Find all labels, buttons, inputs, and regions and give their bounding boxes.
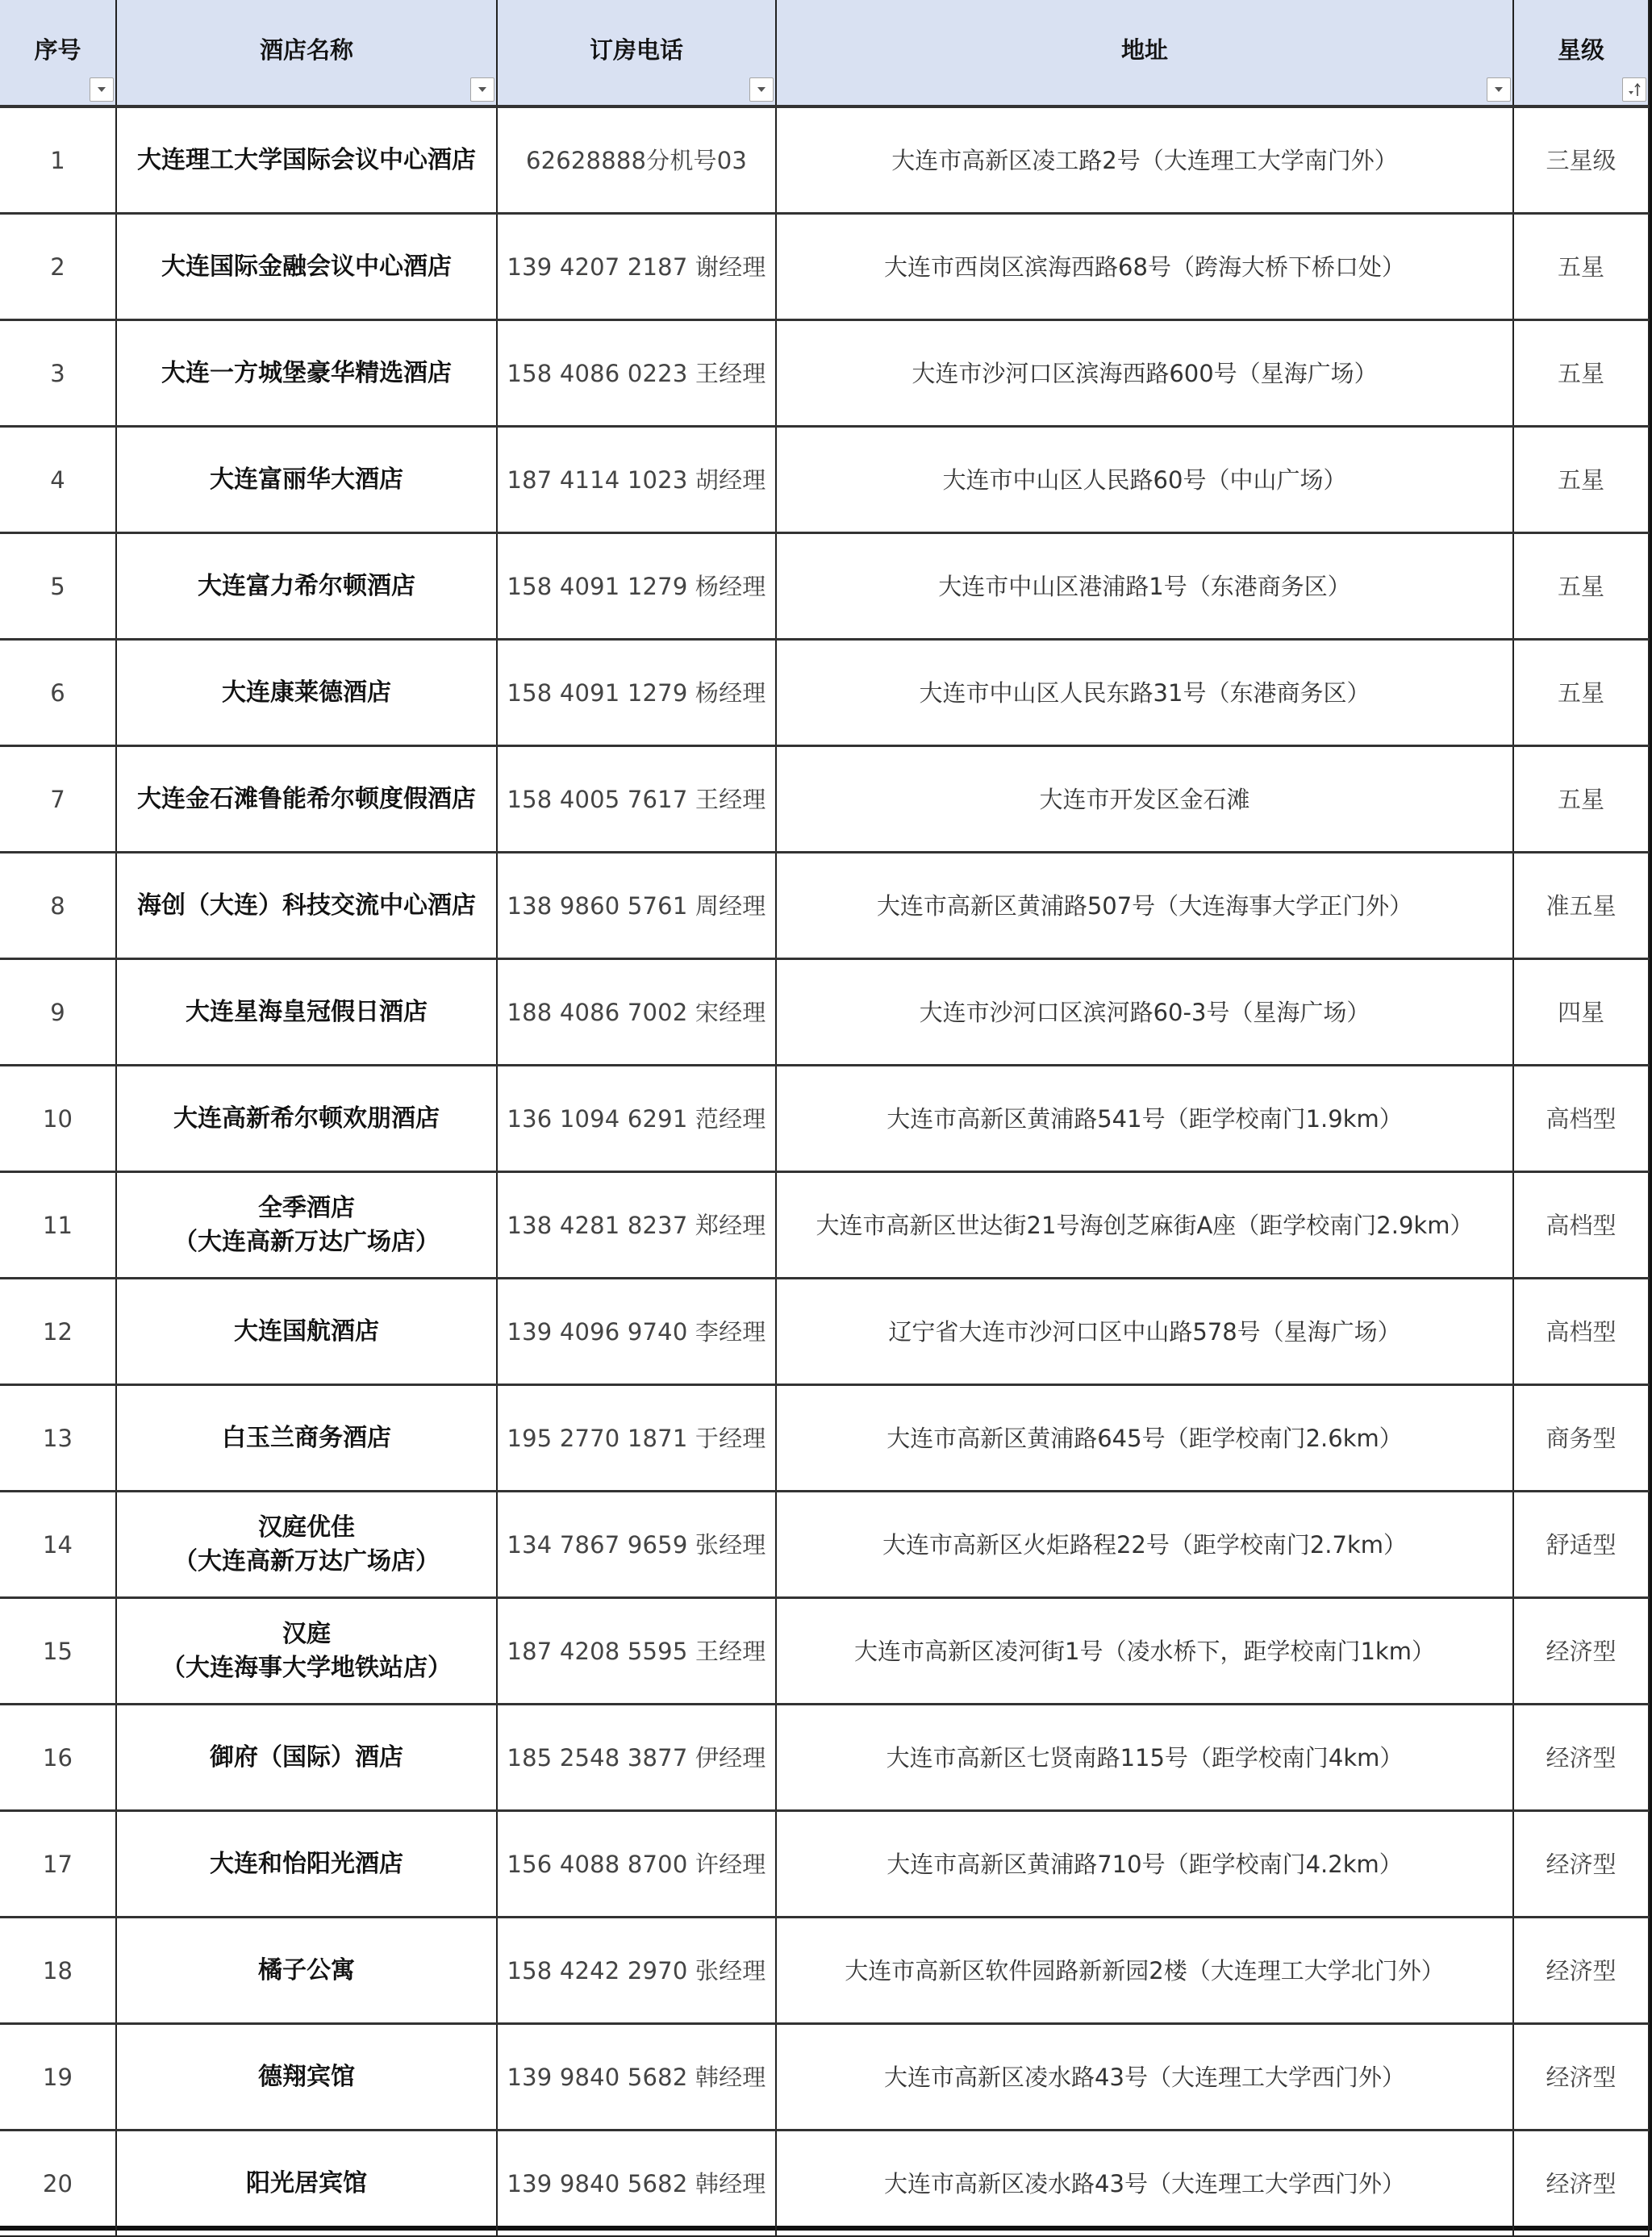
hotel-name-line: 阳光居宾馆 (122, 2167, 491, 2201)
cell-address[interactable]: 辽宁省大连市沙河口区中山路578号（星海广场） (776, 1279, 1513, 1385)
cell-no[interactable]: 12 (0, 1279, 116, 1385)
header-label: 星级 (1514, 32, 1648, 65)
cell-no[interactable]: 19 (0, 2024, 116, 2131)
table-row: 8 海创（大连）科技交流中心酒店 138 9860 5761 周经理 大连市高新… (0, 853, 1649, 959)
cell-hotel-name[interactable]: 全季酒店（大连高新万达广场店） (116, 1172, 497, 1279)
cell-phone[interactable]: 62628888分机号03 (497, 106, 776, 214)
cell-no[interactable]: 14 (0, 1492, 116, 1598)
cell-no[interactable]: 7 (0, 746, 116, 853)
cell-star[interactable]: 高档型 (1513, 1279, 1649, 1385)
cell-hotel-name[interactable]: 大连高新希尔顿欢朋酒店 (116, 1066, 497, 1172)
cell-hotel-name[interactable]: 大连理工大学国际会议中心酒店 (116, 106, 497, 214)
cell-no[interactable]: 13 (0, 1385, 116, 1492)
table-row: 11 全季酒店（大连高新万达广场店） 138 4281 8237 郑经理 大连市… (0, 1172, 1649, 1279)
cell-star[interactable]: 经济型 (1513, 2024, 1649, 2131)
cell-hotel-name[interactable]: 阳光居宾馆 (116, 2131, 497, 2230)
table-row: 17 大连和怡阳光酒店 156 4088 8700 许经理 大连市高新区黄浦路7… (0, 1811, 1649, 1918)
booking-phone: 195 2770 1871 于经理 (507, 1425, 766, 1452)
hotel-address: 大连市高新区凌水路43号（大连理工大学西门外） (884, 2170, 1405, 2197)
triangle-down-icon (1494, 86, 1504, 93)
cell-phone[interactable]: 158 4091 1279 杨经理 (497, 533, 776, 640)
triangle-down-icon (478, 86, 487, 93)
hotel-address: 大连市高新区凌河街1号（凌水桥下，距学校南门1km） (854, 1638, 1435, 1665)
cell-star[interactable]: 五星 (1513, 214, 1649, 320)
row-number: 3 (50, 360, 65, 387)
hotel-name: 橘子公寓 (122, 1954, 491, 1988)
hotel-address: 大连市高新区世达街21号海创芝麻街A座（距学校南门2.9km） (816, 1212, 1474, 1239)
cell-address[interactable]: 大连市高新区黄浦路541号（距学校南门1.9km） (776, 1066, 1513, 1172)
cell-hotel-name[interactable]: 德翔宾馆 (116, 2024, 497, 2131)
header-label: 订房电话 (498, 32, 775, 65)
star-level: 经济型 (1546, 2170, 1616, 2197)
star-level: 舒适型 (1546, 1531, 1616, 1559)
row-number: 13 (43, 1425, 73, 1452)
booking-phone: 139 4207 2187 谢经理 (507, 253, 766, 281)
hotel-name-line: 大连康莱德酒店 (122, 676, 491, 710)
hotel-name: 海创（大连）科技交流中心酒店 (122, 889, 491, 923)
cell-star[interactable]: 三星级 (1513, 106, 1649, 214)
cell-address[interactable]: 大连市中山区人民东路31号（东港商务区） (776, 640, 1513, 746)
hotel-address: 大连市高新区黄浦路541号（距学校南门1.9km） (886, 1105, 1403, 1133)
star-level: 五星 (1558, 679, 1604, 707)
row-number: 7 (50, 786, 65, 813)
cell-address[interactable]: 大连市高新区七贤南路115号（距学校南门4km） (776, 1705, 1513, 1811)
cell-star[interactable]: 经济型 (1513, 1598, 1649, 1705)
cell-no[interactable]: 2 (0, 214, 116, 320)
star-level: 五星 (1558, 573, 1604, 600)
hotel-name: 全季酒店（大连高新万达广场店） (122, 1192, 491, 1259)
row-number: 12 (43, 1318, 73, 1346)
hotel-name: 大连国际金融会议中心酒店 (122, 250, 491, 284)
hotel-name: 大连高新希尔顿欢朋酒店 (122, 1102, 491, 1136)
row-number: 4 (50, 466, 65, 494)
cell-no[interactable]: 1 (0, 106, 116, 214)
hotel-name-line: 大连国际金融会议中心酒店 (122, 250, 491, 284)
cell-hotel-name[interactable]: 大连金石滩鲁能希尔顿度假酒店 (116, 746, 497, 853)
hotel-name: 白玉兰商务酒店 (122, 1421, 491, 1455)
cell-hotel-name[interactable]: 大连国际金融会议中心酒店 (116, 214, 497, 320)
booking-phone: 62628888分机号03 (526, 147, 747, 174)
cell-hotel-name[interactable]: 汉庭优佳（大连高新万达广场店） (116, 1492, 497, 1598)
cell-hotel-name[interactable]: 海创（大连）科技交流中心酒店 (116, 853, 497, 959)
triangle-down-icon (757, 86, 766, 93)
row-number: 1 (50, 147, 65, 174)
table-row: 14 汉庭优佳（大连高新万达广场店） 134 7867 9659 张经理 大连市… (0, 1492, 1649, 1598)
cell-phone[interactable]: 187 4114 1023 胡经理 (497, 427, 776, 533)
cell-hotel-name[interactable]: 大连国航酒店 (116, 1279, 497, 1385)
row-number: 2 (50, 253, 65, 281)
cell-no[interactable]: 20 (0, 2131, 116, 2230)
star-level: 五星 (1558, 466, 1604, 494)
hotel-address: 大连市高新区软件园路新新园2楼（大连理工大学北门外） (845, 1957, 1444, 1985)
row-number: 17 (43, 1851, 73, 1878)
hotel-name-line: 大连和怡阳光酒店 (122, 1847, 491, 1881)
hotel-address: 大连市高新区凌水路43号（大连理工大学西门外） (884, 2064, 1405, 2091)
hotel-name: 大连理工大学国际会议中心酒店 (122, 144, 491, 177)
star-level: 高档型 (1546, 1105, 1616, 1133)
filter-dropdown-button[interactable] (470, 77, 494, 102)
hotel-address: 大连市中山区港浦路1号（东港商务区） (938, 573, 1350, 600)
booking-phone: 158 4086 0223 王经理 (507, 360, 766, 387)
hotel-name-line: 橘子公寓 (122, 1954, 491, 1988)
cell-hotel-name[interactable]: 大连富丽华大酒店 (116, 427, 497, 533)
row-number: 8 (50, 892, 65, 920)
cell-star[interactable]: 高档型 (1513, 1066, 1649, 1172)
cell-star[interactable]: 五星 (1513, 320, 1649, 427)
header-label: 序号 (0, 32, 115, 65)
cell-no[interactable]: 3 (0, 320, 116, 427)
booking-phone: 158 4005 7617 王经理 (507, 786, 766, 813)
cell-address[interactable]: 大连市沙河口区滨海西路600号（星海广场） (776, 320, 1513, 427)
cell-star[interactable]: 经济型 (1513, 2131, 1649, 2230)
cell-phone[interactable]: 139 4207 2187 谢经理 (497, 214, 776, 320)
hotel-name-line: 白玉兰商务酒店 (122, 1421, 491, 1455)
header-no: 序号 (0, 0, 116, 106)
hotel-address: 辽宁省大连市沙河口区中山路578号（星海广场） (888, 1318, 1400, 1346)
booking-phone: 158 4242 2970 张经理 (507, 1957, 766, 1985)
header-phone: 订房电话 (497, 0, 776, 106)
cell-address[interactable]: 大连市高新区凌工路2号（大连理工大学南门外） (776, 106, 1513, 214)
hotel-name-line: 汉庭 (122, 1617, 491, 1651)
hotel-address: 大连市高新区黄浦路507号（大连海事大学正门外） (877, 892, 1412, 920)
hotel-name-line: （大连高新万达广场店） (122, 1545, 491, 1579)
booking-phone: 138 4281 8237 郑经理 (507, 1212, 766, 1239)
cell-address[interactable]: 大连市高新区凌河街1号（凌水桥下，距学校南门1km） (776, 1598, 1513, 1705)
cell-hotel-name[interactable]: 橘子公寓 (116, 1918, 497, 2024)
hotel-address: 大连市中山区人民东路31号（东港商务区） (920, 679, 1370, 707)
cell-address[interactable]: 大连市高新区世达街21号海创芝麻街A座（距学校南门2.9km） (776, 1172, 1513, 1279)
row-number: 9 (50, 999, 65, 1026)
booking-phone: 136 1094 6291 范经理 (507, 1105, 766, 1133)
star-level: 经济型 (1546, 1638, 1616, 1665)
table-row: 16 御府（国际）酒店 185 2548 3877 伊经理 大连市高新区七贤南路… (0, 1705, 1649, 1811)
cell-address[interactable]: 大连市西岗区滨海西路68号（跨海大桥下桥口处） (776, 214, 1513, 320)
row-number: 18 (43, 1957, 73, 1985)
cell-phone[interactable]: 156 4088 8700 许经理 (497, 1811, 776, 1918)
cell-star[interactable]: 五星 (1513, 746, 1649, 853)
hotel-address: 大连市高新区黄浦路645号（距学校南门2.6km） (886, 1425, 1403, 1452)
hotel-name: 大连一方城堡豪华精选酒店 (122, 357, 491, 390)
header-address: 地址 (776, 0, 1513, 106)
hotel-name-line: 御府（国际）酒店 (122, 1741, 491, 1775)
table-row: 2 大连国际金融会议中心酒店 139 4207 2187 谢经理 大连市西岗区滨… (0, 214, 1649, 320)
hotel-name-line: 大连星海皇冠假日酒店 (122, 995, 491, 1029)
cell-star[interactable]: 经济型 (1513, 1705, 1649, 1811)
booking-phone: 134 7867 9659 张经理 (507, 1531, 766, 1559)
booking-phone: 185 2548 3877 伊经理 (507, 1744, 766, 1772)
sort-filter-button[interactable] (1622, 77, 1646, 102)
booking-phone: 139 9840 5682 韩经理 (507, 2064, 766, 2091)
cell-phone[interactable]: 134 7867 9659 张经理 (497, 1492, 776, 1598)
row-number: 19 (43, 2064, 73, 2091)
hotel-name: 汉庭（大连海事大学地铁站店） (122, 1617, 491, 1685)
cell-phone[interactable]: 195 2770 1871 于经理 (497, 1385, 776, 1492)
cell-phone[interactable]: 158 4242 2970 张经理 (497, 1918, 776, 2024)
booking-phone: 187 4114 1023 胡经理 (507, 466, 766, 494)
table-row: 12 大连国航酒店 139 4096 9740 李经理 辽宁省大连市沙河口区中山… (0, 1279, 1649, 1385)
hotel-name: 大连富力希尔顿酒店 (122, 570, 491, 603)
star-level: 经济型 (1546, 1744, 1616, 1772)
cell-hotel-name[interactable]: 大连星海皇冠假日酒店 (116, 959, 497, 1066)
triangle-down-icon (97, 86, 106, 93)
cell-star[interactable]: 经济型 (1513, 1918, 1649, 2024)
cell-star[interactable]: 商务型 (1513, 1385, 1649, 1492)
hotel-name-line: 大连理工大学国际会议中心酒店 (122, 144, 491, 177)
cell-phone[interactable]: 138 4281 8237 郑经理 (497, 1172, 776, 1279)
booking-phone: 156 4088 8700 许经理 (507, 1851, 766, 1878)
cell-no[interactable]: 10 (0, 1066, 116, 1172)
cell-no[interactable]: 8 (0, 853, 116, 959)
booking-phone: 188 4086 7002 宋经理 (507, 999, 766, 1026)
cell-phone[interactable]: 139 9840 5682 韩经理 (497, 2131, 776, 2230)
cell-star[interactable]: 五星 (1513, 533, 1649, 640)
hotel-address: 大连市西岗区滨海西路68号（跨海大桥下桥口处） (884, 253, 1405, 281)
row-number: 10 (43, 1105, 73, 1133)
hotel-name-line: 全季酒店 (122, 1192, 491, 1225)
cell-hotel-name[interactable]: 大连康莱德酒店 (116, 640, 497, 746)
row-number: 16 (43, 1744, 73, 1772)
cell-no[interactable]: 18 (0, 1918, 116, 2024)
booking-phone: 158 4091 1279 杨经理 (507, 679, 766, 707)
header-label: 酒店名称 (117, 32, 496, 65)
header-star: 星级 (1513, 0, 1649, 106)
cell-address[interactable]: 大连市高新区火炬路程22号（距学校南门2.7km） (776, 1492, 1513, 1598)
cell-phone[interactable]: 139 4096 9740 李经理 (497, 1279, 776, 1385)
cell-no[interactable]: 9 (0, 959, 116, 1066)
cell-phone[interactable]: 139 9840 5682 韩经理 (497, 2024, 776, 2131)
cell-address[interactable]: 大连市中山区人民路60号（中山广场） (776, 427, 1513, 533)
row-number: 6 (50, 679, 65, 707)
hotel-name-line: 海创（大连）科技交流中心酒店 (122, 889, 491, 923)
booking-phone: 187 4208 5595 王经理 (507, 1638, 766, 1665)
booking-phone: 139 9840 5682 韩经理 (507, 2170, 766, 2197)
table-row: 3 大连一方城堡豪华精选酒店 158 4086 0223 王经理 大连市沙河口区… (0, 320, 1649, 427)
hotel-name: 德翔宾馆 (122, 2060, 491, 2094)
cell-hotel-name[interactable]: 大连富力希尔顿酒店 (116, 533, 497, 640)
cell-hotel-name[interactable]: 白玉兰商务酒店 (116, 1385, 497, 1492)
cell-no[interactable]: 11 (0, 1172, 116, 1279)
row-number: 14 (43, 1531, 73, 1559)
hotel-name: 御府（国际）酒店 (122, 1741, 491, 1775)
sort-ascending-icon (1627, 81, 1642, 98)
booking-phone: 138 9860 5761 周经理 (507, 892, 766, 920)
table-row: 1 大连理工大学国际会议中心酒店 62628888分机号03 大连市高新区凌工路… (0, 106, 1649, 214)
star-level: 高档型 (1546, 1212, 1616, 1239)
cell-phone[interactable]: 136 1094 6291 范经理 (497, 1066, 776, 1172)
row-number: 11 (43, 1212, 73, 1239)
hotel-name: 汉庭优佳（大连高新万达广场店） (122, 1511, 491, 1579)
table-row: 7 大连金石滩鲁能希尔顿度假酒店 158 4005 7617 王经理 大连市开发… (0, 746, 1649, 853)
cell-hotel-name[interactable]: 大连一方城堡豪华精选酒店 (116, 320, 497, 427)
hotel-name-line: 德翔宾馆 (122, 2060, 491, 2094)
row-number: 20 (43, 2170, 73, 2197)
cell-star[interactable]: 高档型 (1513, 1172, 1649, 1279)
booking-phone: 158 4091 1279 杨经理 (507, 573, 766, 600)
hotel-name-line: （大连高新万达广场店） (122, 1225, 491, 1259)
hotel-name-line: 大连一方城堡豪华精选酒店 (122, 357, 491, 390)
filter-dropdown-button[interactable] (90, 77, 114, 102)
table-row: 5 大连富力希尔顿酒店 158 4091 1279 杨经理 大连市中山区港浦路1… (0, 533, 1649, 640)
table-row: 20 阳光居宾馆 139 9840 5682 韩经理 大连市高新区凌水路43号（… (0, 2131, 1649, 2230)
table-body: 1 大连理工大学国际会议中心酒店 62628888分机号03 大连市高新区凌工路… (0, 106, 1649, 2229)
hotel-name: 大连金石滩鲁能希尔顿度假酒店 (122, 783, 491, 816)
cell-hotel-name[interactable]: 大连和怡阳光酒店 (116, 1811, 497, 1918)
hotel-name-line: 大连高新希尔顿欢朋酒店 (122, 1102, 491, 1136)
header-row: 序号 酒店名称 订房电话 (0, 0, 1649, 106)
cell-address[interactable]: 大连市高新区软件园路新新园2楼（大连理工大学北门外） (776, 1918, 1513, 2024)
table-row: 13 白玉兰商务酒店 195 2770 1871 于经理 大连市高新区黄浦路64… (0, 1385, 1649, 1492)
cell-star[interactable]: 四星 (1513, 959, 1649, 1066)
cell-star[interactable]: 五星 (1513, 640, 1649, 746)
hotel-name-line: 大连富力希尔顿酒店 (122, 570, 491, 603)
cell-no[interactable]: 17 (0, 1811, 116, 1918)
star-level: 五星 (1558, 786, 1604, 813)
star-level: 商务型 (1546, 1425, 1616, 1452)
table-row: 18 橘子公寓 158 4242 2970 张经理 大连市高新区软件园路新新园2… (0, 1918, 1649, 2024)
cell-address[interactable]: 大连市高新区黄浦路710号（距学校南门4.2km） (776, 1811, 1513, 1918)
star-level: 四星 (1558, 999, 1604, 1026)
hotel-address: 大连市沙河口区滨海西路600号（星海广场） (912, 360, 1377, 387)
star-level: 经济型 (1546, 2064, 1616, 2091)
row-number: 15 (43, 1638, 73, 1665)
star-level: 五星 (1558, 360, 1604, 387)
cell-hotel-name[interactable]: 汉庭（大连海事大学地铁站店） (116, 1598, 497, 1705)
hotel-name: 大连星海皇冠假日酒店 (122, 995, 491, 1029)
cell-star[interactable]: 准五星 (1513, 853, 1649, 959)
hotel-name-line: （大连海事大学地铁站店） (122, 1651, 491, 1685)
hotel-name: 阳光居宾馆 (122, 2167, 491, 2201)
table-row: 4 大连富丽华大酒店 187 4114 1023 胡经理 大连市中山区人民路60… (0, 427, 1649, 533)
booking-phone: 139 4096 9740 李经理 (507, 1318, 766, 1346)
cell-address[interactable]: 大连市高新区凌水路43号（大连理工大学西门外） (776, 2024, 1513, 2131)
table-row: 6 大连康莱德酒店 158 4091 1279 杨经理 大连市中山区人民东路31… (0, 640, 1649, 746)
hotel-address: 大连市沙河口区滨河路60-3号（星海广场） (920, 999, 1370, 1026)
cell-star[interactable]: 舒适型 (1513, 1492, 1649, 1598)
hotel-address: 大连市中山区人民路60号（中山广场） (943, 466, 1347, 494)
filter-dropdown-button[interactable] (749, 77, 774, 102)
hotel-name: 大连国航酒店 (122, 1315, 491, 1349)
hotel-name: 大连康莱德酒店 (122, 676, 491, 710)
hotel-name-line: 大连富丽华大酒店 (122, 463, 491, 497)
table-row: 15 汉庭（大连海事大学地铁站店） 187 4208 5595 王经理 大连市高… (0, 1598, 1649, 1705)
cell-phone[interactable]: 138 9860 5761 周经理 (497, 853, 776, 959)
cell-address[interactable]: 大连市沙河口区滨河路60-3号（星海广场） (776, 959, 1513, 1066)
cell-phone[interactable]: 187 4208 5595 王经理 (497, 1598, 776, 1705)
header-label: 地址 (777, 32, 1512, 65)
hotel-name: 大连和怡阳光酒店 (122, 1847, 491, 1881)
star-level: 经济型 (1546, 1957, 1616, 1985)
hotel-address: 大连市高新区七贤南路115号（距学校南门4km） (886, 1744, 1404, 1772)
cell-address[interactable]: 大连市高新区凌水路43号（大连理工大学西门外） (776, 2131, 1513, 2230)
cell-phone[interactable]: 158 4005 7617 王经理 (497, 746, 776, 853)
row-number: 5 (50, 573, 65, 600)
cell-address[interactable]: 大连市中山区港浦路1号（东港商务区） (776, 533, 1513, 640)
hotel-address: 大连市高新区火炬路程22号（距学校南门2.7km） (882, 1531, 1407, 1559)
cell-no[interactable]: 16 (0, 1705, 116, 1811)
hotel-address: 大连市高新区凌工路2号（大连理工大学南门外） (891, 147, 1397, 174)
cell-no[interactable]: 4 (0, 427, 116, 533)
hotel-name: 大连富丽华大酒店 (122, 463, 491, 497)
filter-dropdown-button[interactable] (1487, 77, 1511, 102)
cell-no[interactable]: 5 (0, 533, 116, 640)
table-row: 19 德翔宾馆 139 9840 5682 韩经理 大连市高新区凌水路43号（大… (0, 2024, 1649, 2131)
star-level: 三星级 (1546, 147, 1616, 174)
cell-phone[interactable]: 185 2548 3877 伊经理 (497, 1705, 776, 1811)
hotel-name-line: 大连国航酒店 (122, 1315, 491, 1349)
cell-no[interactable]: 6 (0, 640, 116, 746)
hotel-address: 大连市开发区金石滩 (1039, 786, 1249, 813)
cell-star[interactable]: 经济型 (1513, 1811, 1649, 1918)
cell-no[interactable]: 15 (0, 1598, 116, 1705)
hotel-name-line: 大连金石滩鲁能希尔顿度假酒店 (122, 783, 491, 816)
star-level: 准五星 (1546, 892, 1616, 920)
cell-address[interactable]: 大连市开发区金石滩 (776, 746, 1513, 853)
table-row: 10 大连高新希尔顿欢朋酒店 136 1094 6291 范经理 大连市高新区黄… (0, 1066, 1649, 1172)
cell-star[interactable]: 五星 (1513, 427, 1649, 533)
star-level: 高档型 (1546, 1318, 1616, 1346)
hotel-address: 大连市高新区黄浦路710号（距学校南门4.2km） (886, 1851, 1403, 1878)
header-name: 酒店名称 (116, 0, 497, 106)
cell-phone[interactable]: 158 4091 1279 杨经理 (497, 640, 776, 746)
cell-phone[interactable]: 158 4086 0223 王经理 (497, 320, 776, 427)
cell-phone[interactable]: 188 4086 7002 宋经理 (497, 959, 776, 1066)
hotel-table: 序号 酒店名称 订房电话 (0, 0, 1650, 2229)
star-level: 五星 (1558, 253, 1604, 281)
star-level: 经济型 (1546, 1851, 1616, 1878)
table-row: 9 大连星海皇冠假日酒店 188 4086 7002 宋经理 大连市沙河口区滨河… (0, 959, 1649, 1066)
hotel-name-line: 汉庭优佳 (122, 1511, 491, 1545)
cell-address[interactable]: 大连市高新区黄浦路507号（大连海事大学正门外） (776, 853, 1513, 959)
spreadsheet: 序号 酒店名称 订房电话 (0, 0, 1652, 2229)
cell-address[interactable]: 大连市高新区黄浦路645号（距学校南门2.6km） (776, 1385, 1513, 1492)
cell-hotel-name[interactable]: 御府（国际）酒店 (116, 1705, 497, 1811)
